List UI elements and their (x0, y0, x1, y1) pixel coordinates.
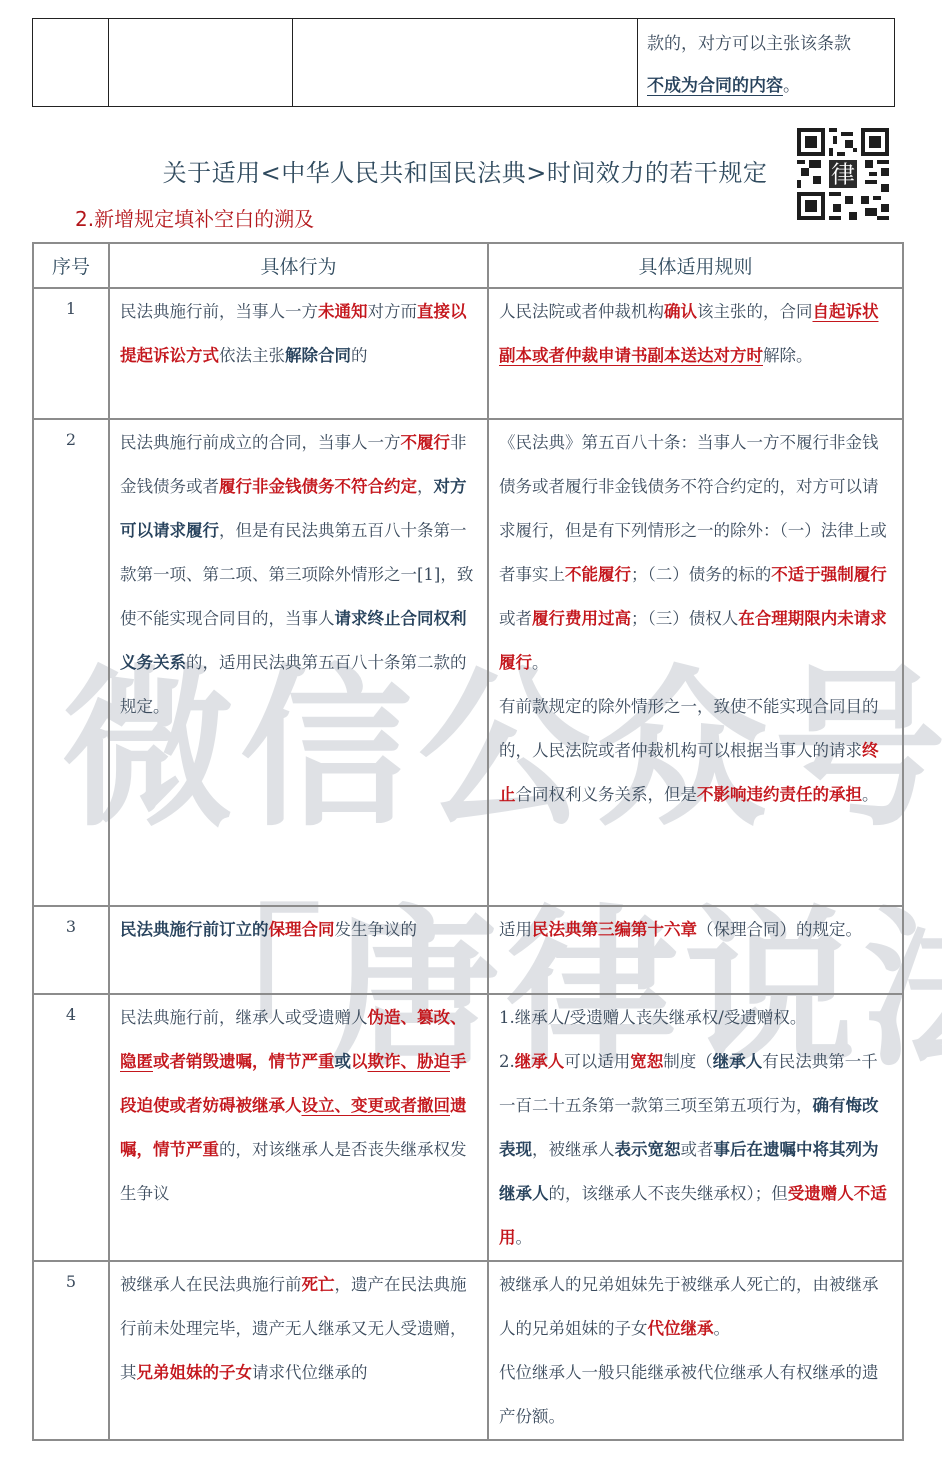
table-header-row: 序号 具体行为 具体适用规则 (33, 243, 903, 288)
text-segment: 1.继承人/受遗赠人丧失继承权/受遗赠权。 (499, 1008, 806, 1027)
cell-text: 款的，对方可以主张该条款 (647, 34, 851, 54)
highlight-text: 确认 (664, 302, 697, 321)
row-number: 5 (33, 1261, 109, 1440)
highlight-text: 或者销毁遗嘱，情节严重 (153, 1052, 335, 1071)
text-segment: 被继承人在民法典施行前 (120, 1275, 302, 1294)
text-segment: 。 (532, 653, 549, 672)
text-segment: ；（二）债务的标的 (631, 565, 771, 584)
behavior-cell: 民法典施行前，当事人一方未通知对方而直接以提起诉讼方式依法主张解除合同的 (109, 288, 488, 419)
previous-table-tail: 款的，对方可以主张该条款 不成为合同的内容。 (32, 18, 895, 107)
highlight-text: 不适于强制履行 (771, 565, 887, 584)
behavior-cell: 民法典施行前，继承人或受遗赠人伪造、篡改、隐匿或者销毁遗嘱，情节严重或以欺诈、胁… (109, 994, 488, 1261)
text-segment: 人民法院或者仲裁机构 (499, 302, 664, 321)
row-number: 3 (33, 906, 109, 994)
highlight-text: 隐匿 (120, 1052, 153, 1071)
highlight-text: 代位继承 (648, 1319, 714, 1338)
emphasis-text: 民法典施行前订立的 (120, 920, 269, 939)
highlight-text: 继承人 (515, 1052, 565, 1071)
text-segment: 依法主张 (219, 346, 285, 365)
text-segment: 发生争议的 (335, 920, 418, 939)
emphasis-text: 或 (335, 1052, 352, 1071)
document-title: 关于适用<中华人民共和国民法典>时间效力的若干规定 (160, 153, 770, 188)
rule-cell: 人民法院或者仲裁机构确认该主张的，合同自起诉状副本或者仲裁申请书副本送达对方时解… (488, 288, 903, 419)
text-segment: 代位继承人一般只能继承被代位继承人有权继承的遗产份额。 (499, 1363, 879, 1426)
highlight-text: 不履行 (401, 433, 451, 452)
text-segment: 民法典施行前成立的合同，当事人一方 (120, 433, 401, 452)
rule-cell: 被继承人的兄弟姐妹先于被继承人死亡的，由被继承人的兄弟姐妹的子女代位继承。代位继… (488, 1261, 903, 1440)
highlight-text: 未通知 (318, 302, 368, 321)
table-row: 4民法典施行前，继承人或受遗赠人伪造、篡改、隐匿或者销毁遗嘱，情节严重或以欺诈、… (33, 994, 903, 1261)
column-divider (637, 19, 638, 106)
text-segment: 可以适用 (564, 1052, 630, 1071)
rule-cell: 《民法典》第五百八十条：当事人一方不履行非金钱债务或者履行非金钱债务不符合约定的… (488, 419, 903, 906)
header-behavior: 具体行为 (109, 243, 488, 288)
header-rule: 具体适用规则 (488, 243, 903, 288)
text-segment: 。 (862, 785, 879, 804)
highlight-text: 民法典第三编第十六章 (532, 920, 697, 939)
highlight-text: 履行非金钱债务不符合约定 (219, 477, 417, 496)
row-number: 1 (33, 288, 109, 419)
highlight-text: 宽恕 (630, 1052, 663, 1071)
highlight-text: 以 (351, 1052, 368, 1071)
highlight-text: 欺诈、胁迫 (368, 1052, 451, 1071)
text-segment: 的 (351, 346, 368, 365)
behavior-cell: 民法典施行前订立的保理合同发生争议的 (109, 906, 488, 994)
cell-text-underlined: 不成为合同的内容 (647, 76, 783, 96)
text-segment: 或者 (499, 609, 532, 628)
text-segment: 。 (714, 1319, 731, 1338)
text-segment: ， (417, 477, 434, 496)
highlight-text: 死亡 (302, 1275, 335, 1294)
behavior-cell: 民法典施行前成立的合同，当事人一方不履行非金钱债务或者履行非金钱债务不符合约定，… (109, 419, 488, 906)
text-segment: 对方而 (368, 302, 418, 321)
behavior-cell: 被继承人在民法典施行前死亡，遗产在民法典施行前未处理完毕，遗产无人继承又无人受遗… (109, 1261, 488, 1440)
qr-code-icon: 律 (797, 128, 889, 220)
text-segment: 解除。 (763, 346, 813, 365)
emphasis-text: 解除合同 (285, 346, 351, 365)
rule-cell: 1.继承人/受遗赠人丧失继承权/受遗赠权。2.继承人可以适用宽恕制度（继承人有民… (488, 994, 903, 1261)
header-number: 序号 (33, 243, 109, 288)
table-row: 3民法典施行前订立的保理合同发生争议的适用民法典第三编第十六章（保理合同）的规定… (33, 906, 903, 994)
text-segment: 《民法典》第五百八十条：当事人一方不履行非金钱债务或者履行非金钱债务不符合约定的… (499, 433, 887, 584)
highlight-text: 履行费用过高 (532, 609, 631, 628)
row-number: 4 (33, 994, 109, 1261)
text-segment: 合同权利义务关系，但是 (516, 785, 698, 804)
text-segment: 。 (516, 1228, 533, 1247)
highlight-text: 保理合同 (269, 920, 335, 939)
emphasis-text: 继承人 (713, 1052, 763, 1071)
text-segment: 的，该继承人不丧失继承权）；但 (549, 1184, 788, 1203)
highlight-text: 设立、变更或者撤回 (302, 1096, 451, 1115)
text-segment: 制度（ (663, 1052, 713, 1071)
text-segment: 民法典施行前，当事人一方 (120, 302, 318, 321)
text-segment: 或者 (681, 1140, 714, 1159)
text-segment: 请求代位继承的 (252, 1363, 368, 1382)
text-segment: 适用 (499, 920, 532, 939)
table-row: 2民法典施行前成立的合同，当事人一方不履行非金钱债务或者履行非金钱债务不符合约定… (33, 419, 903, 906)
text-segment: 该主张的，合同 (697, 302, 813, 321)
highlight-text: 兄弟姐妹的子女 (137, 1363, 253, 1382)
cell-text-end: 。 (783, 76, 800, 96)
highlight-text: 伪造、篡改、 (368, 1008, 467, 1027)
rule-cell: 适用民法典第三编第十六章（保理合同）的规定。 (488, 906, 903, 994)
column-divider (292, 19, 293, 106)
emphasis-text: 表示宽恕 (615, 1140, 681, 1159)
text-segment: （保理合同）的规定。 (697, 920, 862, 939)
text-segment: 有前款规定的除外情形之一，致使不能实现合同目的的，人民法院或者仲裁机构可以根据当… (499, 697, 879, 760)
row-number: 2 (33, 419, 109, 906)
rules-table: 序号 具体行为 具体适用规则 1民法典施行前，当事人一方未通知对方而直接以提起诉… (32, 242, 904, 1441)
highlight-text: 不影响违约责任的承担 (697, 785, 862, 804)
table-row: 5被继承人在民法典施行前死亡，遗产在民法典施行前未处理完毕，遗产无人继承又无人受… (33, 1261, 903, 1440)
previous-table-cell-text: 款的，对方可以主张该条款 不成为合同的内容。 (647, 23, 887, 107)
text-segment: ；（三）债权人 (631, 609, 738, 628)
column-divider (108, 19, 109, 106)
table-row: 1民法典施行前，当事人一方未通知对方而直接以提起诉讼方式依法主张解除合同的人民法… (33, 288, 903, 419)
text-segment: 2. (499, 1052, 515, 1071)
text-segment: ，被继承人 (532, 1140, 615, 1159)
section-subheading: 2.新增规定填补空白的溯及 (75, 203, 314, 232)
text-segment: 民法典施行前，继承人或受遗赠人 (120, 1008, 368, 1027)
svg-text:律: 律 (831, 160, 855, 188)
highlight-text: 不能履行 (565, 565, 631, 584)
